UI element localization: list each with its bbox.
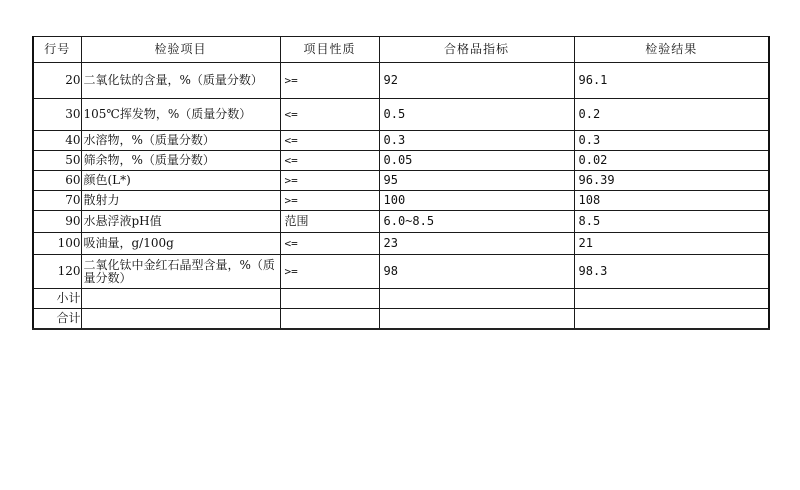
- item-cell: 105℃挥发物，%（质量分数）: [81, 99, 280, 131]
- standard-cell: 0.05: [379, 151, 574, 171]
- total-row: 合计: [33, 309, 769, 330]
- table-row: 60 颜色(L*) >= 95 96.39: [33, 171, 769, 191]
- result-cell: 0.2: [574, 99, 769, 131]
- result-cell: 96.39: [574, 171, 769, 191]
- subtotal-property-cell: [280, 289, 379, 309]
- total-label: 合计: [33, 309, 81, 330]
- header-item: 检验项目: [81, 37, 280, 63]
- property-cell: <=: [280, 99, 379, 131]
- standard-cell: 92: [379, 63, 574, 99]
- table-row: 100 吸油量，g/100g <= 23 21: [33, 233, 769, 255]
- table-row: 50 筛余物，%（质量分数） <= 0.05 0.02: [33, 151, 769, 171]
- line-no-cell: 90: [33, 211, 81, 233]
- line-no-cell: 20: [33, 63, 81, 99]
- header-line-no: 行号: [33, 37, 81, 63]
- standard-cell: 98: [379, 255, 574, 289]
- subtotal-standard-cell: [379, 289, 574, 309]
- line-no-cell: 30: [33, 99, 81, 131]
- item-cell: 筛余物，%（质量分数）: [81, 151, 280, 171]
- inspection-table: 行号 检验项目 项目性质 合格品指标 检验结果 20 二氧化钛的含量，%（质量分…: [32, 36, 770, 330]
- property-cell: >=: [280, 63, 379, 99]
- standard-cell: 95: [379, 171, 574, 191]
- item-cell: 二氧化钛的含量，%（质量分数）: [81, 63, 280, 99]
- item-cell: 吸油量，g/100g: [81, 233, 280, 255]
- standard-cell: 100: [379, 191, 574, 211]
- result-cell: 96.1: [574, 63, 769, 99]
- item-cell: 水溶物，%（质量分数）: [81, 131, 280, 151]
- table-row: 70 散射力 >= 100 108: [33, 191, 769, 211]
- standard-cell: 23: [379, 233, 574, 255]
- property-cell: 范围: [280, 211, 379, 233]
- total-result-cell: [574, 309, 769, 330]
- table-row: 120 二氧化钛中金红石晶型含量，%（质量分数） >= 98 98.3: [33, 255, 769, 289]
- subtotal-result-cell: [574, 289, 769, 309]
- standard-cell: 0.5: [379, 99, 574, 131]
- subtotal-row: 小计: [33, 289, 769, 309]
- subtotal-item-cell: [81, 289, 280, 309]
- line-no-cell: 70: [33, 191, 81, 211]
- property-cell: <=: [280, 151, 379, 171]
- item-cell: 散射力: [81, 191, 280, 211]
- result-cell: 0.02: [574, 151, 769, 171]
- line-no-cell: 50: [33, 151, 81, 171]
- item-cell: 二氧化钛中金红石晶型含量，%（质量分数）: [81, 255, 280, 289]
- line-no-cell: 100: [33, 233, 81, 255]
- property-cell: >=: [280, 255, 379, 289]
- property-cell: >=: [280, 191, 379, 211]
- inspection-report-sheet: 行号 检验项目 项目性质 合格品指标 检验结果 20 二氧化钛的含量，%（质量分…: [32, 36, 768, 330]
- total-standard-cell: [379, 309, 574, 330]
- property-cell: >=: [280, 171, 379, 191]
- line-no-cell: 60: [33, 171, 81, 191]
- table-row: 30 105℃挥发物，%（质量分数） <= 0.5 0.2: [33, 99, 769, 131]
- result-cell: 0.3: [574, 131, 769, 151]
- subtotal-label: 小计: [33, 289, 81, 309]
- line-no-cell: 40: [33, 131, 81, 151]
- table-row: 20 二氧化钛的含量，%（质量分数） >= 92 96.1: [33, 63, 769, 99]
- result-cell: 21: [574, 233, 769, 255]
- header-standard: 合格品指标: [379, 37, 574, 63]
- header-result: 检验结果: [574, 37, 769, 63]
- property-cell: <=: [280, 131, 379, 151]
- result-cell: 98.3: [574, 255, 769, 289]
- standard-cell: 0.3: [379, 131, 574, 151]
- result-cell: 8.5: [574, 211, 769, 233]
- line-no-cell: 120: [33, 255, 81, 289]
- table-row: 90 水悬浮液pH值 范围 6.0~8.5 8.5: [33, 211, 769, 233]
- header-row: 行号 检验项目 项目性质 合格品指标 检验结果: [33, 37, 769, 63]
- total-property-cell: [280, 309, 379, 330]
- table-row: 40 水溶物，%（质量分数） <= 0.3 0.3: [33, 131, 769, 151]
- item-cell: 水悬浮液pH值: [81, 211, 280, 233]
- standard-cell: 6.0~8.5: [379, 211, 574, 233]
- result-cell: 108: [574, 191, 769, 211]
- item-cell: 颜色(L*): [81, 171, 280, 191]
- total-item-cell: [81, 309, 280, 330]
- header-property: 项目性质: [280, 37, 379, 63]
- property-cell: <=: [280, 233, 379, 255]
